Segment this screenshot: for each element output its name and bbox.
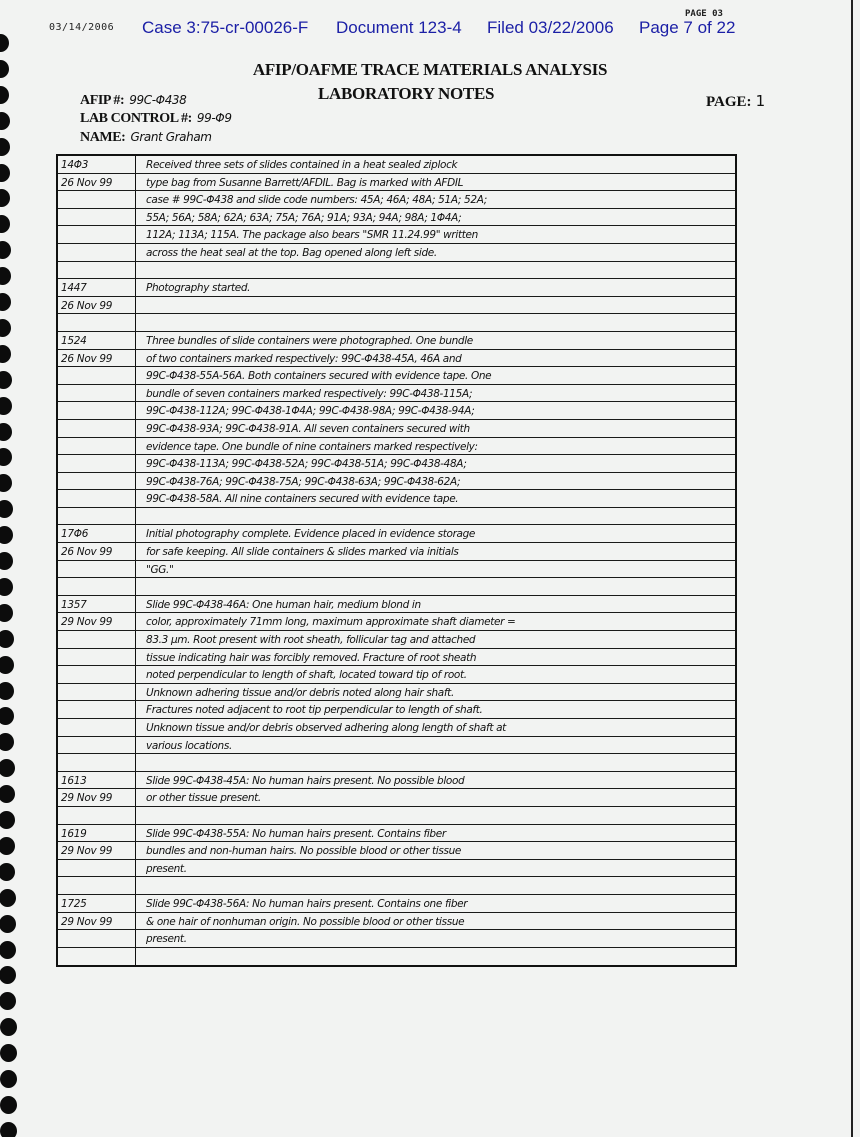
time-cell: [58, 948, 136, 966]
entry-date: 26 Nov 99: [58, 543, 136, 560]
entry-text: [136, 877, 735, 894]
entry-text: [136, 262, 735, 279]
note-row: 55A; 56A; 58A; 62A; 63A; 75A; 76A; 91A; …: [58, 209, 735, 227]
time-cell: [58, 860, 136, 877]
page-edge: [851, 0, 853, 1137]
time-cell: [58, 473, 136, 490]
note-row: 17Φ6Initial photography complete. Eviden…: [58, 525, 735, 543]
lab-notes-table: 14Φ3Received three sets of slides contai…: [56, 154, 737, 967]
entry-text: Unknown tissue and/or debris observed ad…: [136, 719, 735, 736]
name-value: Grant Graham: [130, 130, 211, 144]
time-cell: [58, 209, 136, 226]
note-row: evidence tape. One bundle of nine contai…: [58, 438, 735, 456]
entry-text: of two containers marked respectively: 9…: [136, 350, 735, 367]
lab-control-value: 99-Φ9: [197, 111, 232, 125]
binding-hole: [0, 1044, 17, 1062]
time-cell: [58, 561, 136, 578]
note-row: noted perpendicular to length of shaft, …: [58, 666, 735, 684]
entry-text: 99C-Φ438-113A; 99C-Φ438-52A; 99C-Φ438-51…: [136, 455, 735, 472]
note-row: 99C-Φ438-76A; 99C-Φ438-75A; 99C-Φ438-63A…: [58, 473, 735, 491]
entry-text: color, approximately 71mm long, maximum …: [136, 613, 735, 630]
case-number: Case 3:75-cr-00026-F: [142, 18, 308, 38]
binding-hole: [0, 241, 11, 259]
note-row: tissue indicating hair was forcibly remo…: [58, 649, 735, 667]
binding-hole: [0, 941, 16, 959]
binding-hole: [0, 578, 13, 596]
entry-text: 99C-Φ438-55A-56A. Both containers secure…: [136, 367, 735, 384]
fax-page-label: PAGE 03: [685, 9, 723, 19]
binding-hole: [0, 371, 12, 389]
time-cell: [58, 737, 136, 754]
time-cell: [58, 649, 136, 666]
entry-text: present.: [136, 930, 735, 947]
blank-row: [58, 578, 735, 596]
time-cell: [58, 226, 136, 243]
binding-hole: [0, 423, 12, 441]
note-row: 1357Slide 99C-Φ438-46A: One human hair, …: [58, 596, 735, 614]
entry-text: [136, 508, 735, 525]
note-row: 99C-Φ438-93A; 99C-Φ438-91A. All seven co…: [58, 420, 735, 438]
note-row: 29 Nov 99bundles and non-human hairs. No…: [58, 842, 735, 860]
entry-text: Three bundles of slide containers were p…: [136, 332, 735, 349]
time-cell: [58, 402, 136, 419]
blank-row: [58, 754, 735, 772]
note-row: 26 Nov 99type bag from Susanne Barrett/A…: [58, 174, 735, 192]
entry-text: [136, 314, 735, 331]
entry-time: 17Φ6: [58, 525, 136, 542]
blank-row: [58, 877, 735, 895]
note-row: 29 Nov 99color, approximately 71mm long,…: [58, 613, 735, 631]
binding-hole: [0, 164, 10, 182]
entry-text: 99C-Φ438-93A; 99C-Φ438-91A. All seven co…: [136, 420, 735, 437]
binding-hole: [0, 1018, 17, 1036]
time-cell: [58, 455, 136, 472]
binding-hole: [0, 811, 15, 829]
note-row: 1619Slide 99C-Φ438-55A: No human hairs p…: [58, 825, 735, 843]
entry-date: 26 Nov 99: [58, 297, 136, 314]
entry-text: [136, 578, 735, 595]
page-label: PAGE:: [706, 94, 752, 110]
binding-hole: [0, 293, 11, 311]
binding-hole: [0, 1096, 17, 1114]
entry-time: 1619: [58, 825, 136, 842]
binding-hole: [0, 267, 11, 285]
note-row: bundle of seven containers marked respec…: [58, 385, 735, 403]
entry-text: [136, 807, 735, 824]
note-row: across the heat seal at the top. Bag ope…: [58, 244, 735, 262]
afip-number-field: AFIP #:99C-Φ438: [80, 93, 186, 109]
entry-text: Received three sets of slides contained …: [136, 156, 735, 173]
note-row: 1524Three bundles of slide containers we…: [58, 332, 735, 350]
note-row: 99C-Φ438-112A; 99C-Φ438-1Φ4A; 99C-Φ438-9…: [58, 402, 735, 420]
entry-text: various locations.: [136, 737, 735, 754]
note-row: 1447Photography started.: [58, 279, 735, 297]
note-row: Unknown tissue and/or debris observed ad…: [58, 719, 735, 737]
note-row: 83.3 μm. Root present with root sheath, …: [58, 631, 735, 649]
note-row: 1613Slide 99C-Φ438-45A: No human hairs p…: [58, 772, 735, 790]
note-row: 99C-Φ438-58A. All nine containers secure…: [58, 490, 735, 508]
entry-date: 29 Nov 99: [58, 913, 136, 930]
binding-hole: [0, 474, 12, 492]
filed-date: Filed 03/22/2006: [487, 18, 614, 38]
note-row: present.: [58, 930, 735, 948]
form-title: AFIP/OAFME TRACE MATERIALS ANALYSIS: [0, 60, 860, 80]
form-title-text: AFIP/OAFME TRACE MATERIALS ANALYSIS: [253, 60, 607, 79]
binding-hole: [0, 604, 13, 622]
binding-hole: [0, 345, 11, 363]
note-row: 112A; 113A; 115A. The package also bears…: [58, 226, 735, 244]
entry-text: for safe keeping. All slide containers &…: [136, 543, 735, 560]
entry-text: Slide 99C-Φ438-56A: No human hairs prese…: [136, 895, 735, 912]
entry-text: evidence tape. One bundle of nine contai…: [136, 438, 735, 455]
binding-hole: [0, 630, 14, 648]
entry-text: "GG.": [136, 561, 735, 578]
entry-text: tissue indicating hair was forcibly remo…: [136, 649, 735, 666]
time-cell: [58, 314, 136, 331]
time-cell: [58, 754, 136, 771]
entry-text: present.: [136, 860, 735, 877]
time-cell: [58, 578, 136, 595]
entry-text: Slide 99C-Φ438-46A: One human hair, medi…: [136, 596, 735, 613]
entry-text: 99C-Φ438-112A; 99C-Φ438-1Φ4A; 99C-Φ438-9…: [136, 402, 735, 419]
spiral-binding: [0, 0, 30, 1137]
note-row: Unknown adhering tissue and/or debris no…: [58, 684, 735, 702]
binding-hole: [0, 682, 14, 700]
binding-hole: [0, 189, 10, 207]
note-row: case # 99C-Φ438 and slide code numbers: …: [58, 191, 735, 209]
time-cell: [58, 930, 136, 947]
time-cell: [58, 244, 136, 261]
note-row: 99C-Φ438-113A; 99C-Φ438-52A; 99C-Φ438-51…: [58, 455, 735, 473]
entry-text: Unknown adhering tissue and/or debris no…: [136, 684, 735, 701]
entry-time: 1447: [58, 279, 136, 296]
binding-hole: [0, 863, 15, 881]
time-cell: [58, 490, 136, 507]
time-cell: [58, 438, 136, 455]
binding-hole: [0, 785, 15, 803]
time-cell: [58, 666, 136, 683]
time-cell: [58, 807, 136, 824]
entry-text: & one hair of nonhuman origin. No possib…: [136, 913, 735, 930]
entry-text: [136, 754, 735, 771]
binding-hole: [0, 397, 12, 415]
note-row: 14Φ3Received three sets of slides contai…: [58, 156, 735, 174]
entry-date: 26 Nov 99: [58, 174, 136, 191]
time-cell: [58, 385, 136, 402]
entry-text: Slide 99C-Φ438-45A: No human hairs prese…: [136, 772, 735, 789]
afip-value: 99C-Φ438: [129, 93, 186, 107]
note-row: various locations.: [58, 737, 735, 755]
afip-label: AFIP #:: [80, 93, 124, 108]
entry-text: 99C-Φ438-58A. All nine containers secure…: [136, 490, 735, 507]
time-cell: [58, 719, 136, 736]
entry-text: 99C-Φ438-76A; 99C-Φ438-75A; 99C-Φ438-63A…: [136, 473, 735, 490]
entry-text: bundle of seven containers marked respec…: [136, 385, 735, 402]
time-cell: [58, 631, 136, 648]
entry-text: Initial photography complete. Evidence p…: [136, 525, 735, 542]
binding-hole: [0, 733, 14, 751]
lab-control-field: LAB CONTROL #:99-Φ9: [80, 111, 232, 127]
entry-text: type bag from Susanne Barrett/AFDIL. Bag…: [136, 174, 735, 191]
form-subtitle: LABORATORY NOTES: [318, 84, 494, 104]
entry-text: 83.3 μm. Root present with root sheath, …: [136, 631, 735, 648]
entry-time: 1357: [58, 596, 136, 613]
time-cell: [58, 262, 136, 279]
time-cell: [58, 420, 136, 437]
binding-hole: [0, 86, 9, 104]
entry-text: Photography started.: [136, 279, 735, 296]
binding-hole: [0, 552, 13, 570]
binding-hole: [0, 707, 14, 725]
blank-row: [58, 314, 735, 332]
binding-hole: [0, 837, 15, 855]
entry-text: noted perpendicular to length of shaft, …: [136, 666, 735, 683]
blank-row: [58, 508, 735, 526]
note-row: 26 Nov 99for safe keeping. All slide con…: [58, 543, 735, 561]
binding-hole: [0, 526, 13, 544]
entry-date: 29 Nov 99: [58, 613, 136, 630]
blank-row: [58, 807, 735, 825]
entry-time: 1613: [58, 772, 136, 789]
page-field: PAGE:1: [706, 92, 765, 111]
binding-hole: [0, 915, 16, 933]
note-row: present.: [58, 860, 735, 878]
time-cell: [58, 191, 136, 208]
binding-hole: [0, 1070, 17, 1088]
entry-text: Fractures noted adjacent to root tip per…: [136, 701, 735, 718]
note-row: 99C-Φ438-55A-56A. Both containers secure…: [58, 367, 735, 385]
note-row: 29 Nov 99& one hair of nonhuman origin. …: [58, 913, 735, 931]
note-row: 1725Slide 99C-Φ438-56A: No human hairs p…: [58, 895, 735, 913]
page-value: 1: [756, 92, 766, 110]
time-cell: [58, 684, 136, 701]
entry-date: 26 Nov 99: [58, 350, 136, 367]
binding-hole: [0, 215, 10, 233]
binding-hole: [0, 34, 9, 52]
binding-hole: [0, 656, 14, 674]
entry-date: 29 Nov 99: [58, 789, 136, 806]
entry-text: Slide 99C-Φ438-55A: No human hairs prese…: [136, 825, 735, 842]
entry-text: 55A; 56A; 58A; 62A; 63A; 75A; 76A; 91A; …: [136, 209, 735, 226]
binding-hole: [0, 138, 10, 156]
binding-hole: [0, 448, 12, 466]
note-row: 26 Nov 99: [58, 297, 735, 315]
entry-text: or other tissue present.: [136, 789, 735, 806]
binding-hole: [0, 966, 16, 984]
entry-time: 14Φ3: [58, 156, 136, 173]
page-count: Page 7 of 22: [639, 18, 735, 38]
note-row: "GG.": [58, 561, 735, 579]
name-field: NAME:Grant Graham: [80, 130, 212, 146]
note-row: 29 Nov 99or other tissue present.: [58, 789, 735, 807]
time-cell: [58, 701, 136, 718]
entry-text: across the heat seal at the top. Bag ope…: [136, 244, 735, 261]
entry-time: 1524: [58, 332, 136, 349]
binding-hole: [0, 759, 15, 777]
binding-hole: [0, 112, 10, 130]
fax-date: 03/14/2006: [49, 22, 114, 33]
blank-row: [58, 262, 735, 280]
binding-hole: [0, 992, 16, 1010]
lab-control-label: LAB CONTROL #:: [80, 111, 192, 126]
binding-hole: [0, 500, 13, 518]
time-cell: [58, 367, 136, 384]
binding-hole: [0, 1122, 17, 1137]
entry-text: [136, 948, 735, 966]
note-row: 26 Nov 99of two containers marked respec…: [58, 350, 735, 368]
entry-text: [136, 297, 735, 314]
entry-date: 29 Nov 99: [58, 842, 136, 859]
note-row: Fractures noted adjacent to root tip per…: [58, 701, 735, 719]
document-number: Document 123-4: [336, 18, 462, 38]
entry-text: case # 99C-Φ438 and slide code numbers: …: [136, 191, 735, 208]
entry-time: 1725: [58, 895, 136, 912]
name-label: NAME:: [80, 130, 125, 145]
entry-text: bundles and non-human hairs. No possible…: [136, 842, 735, 859]
binding-hole: [0, 889, 16, 907]
time-cell: [58, 508, 136, 525]
binding-hole: [0, 319, 11, 337]
blank-row: [58, 948, 735, 966]
time-cell: [58, 877, 136, 894]
entry-text: 112A; 113A; 115A. The package also bears…: [136, 226, 735, 243]
